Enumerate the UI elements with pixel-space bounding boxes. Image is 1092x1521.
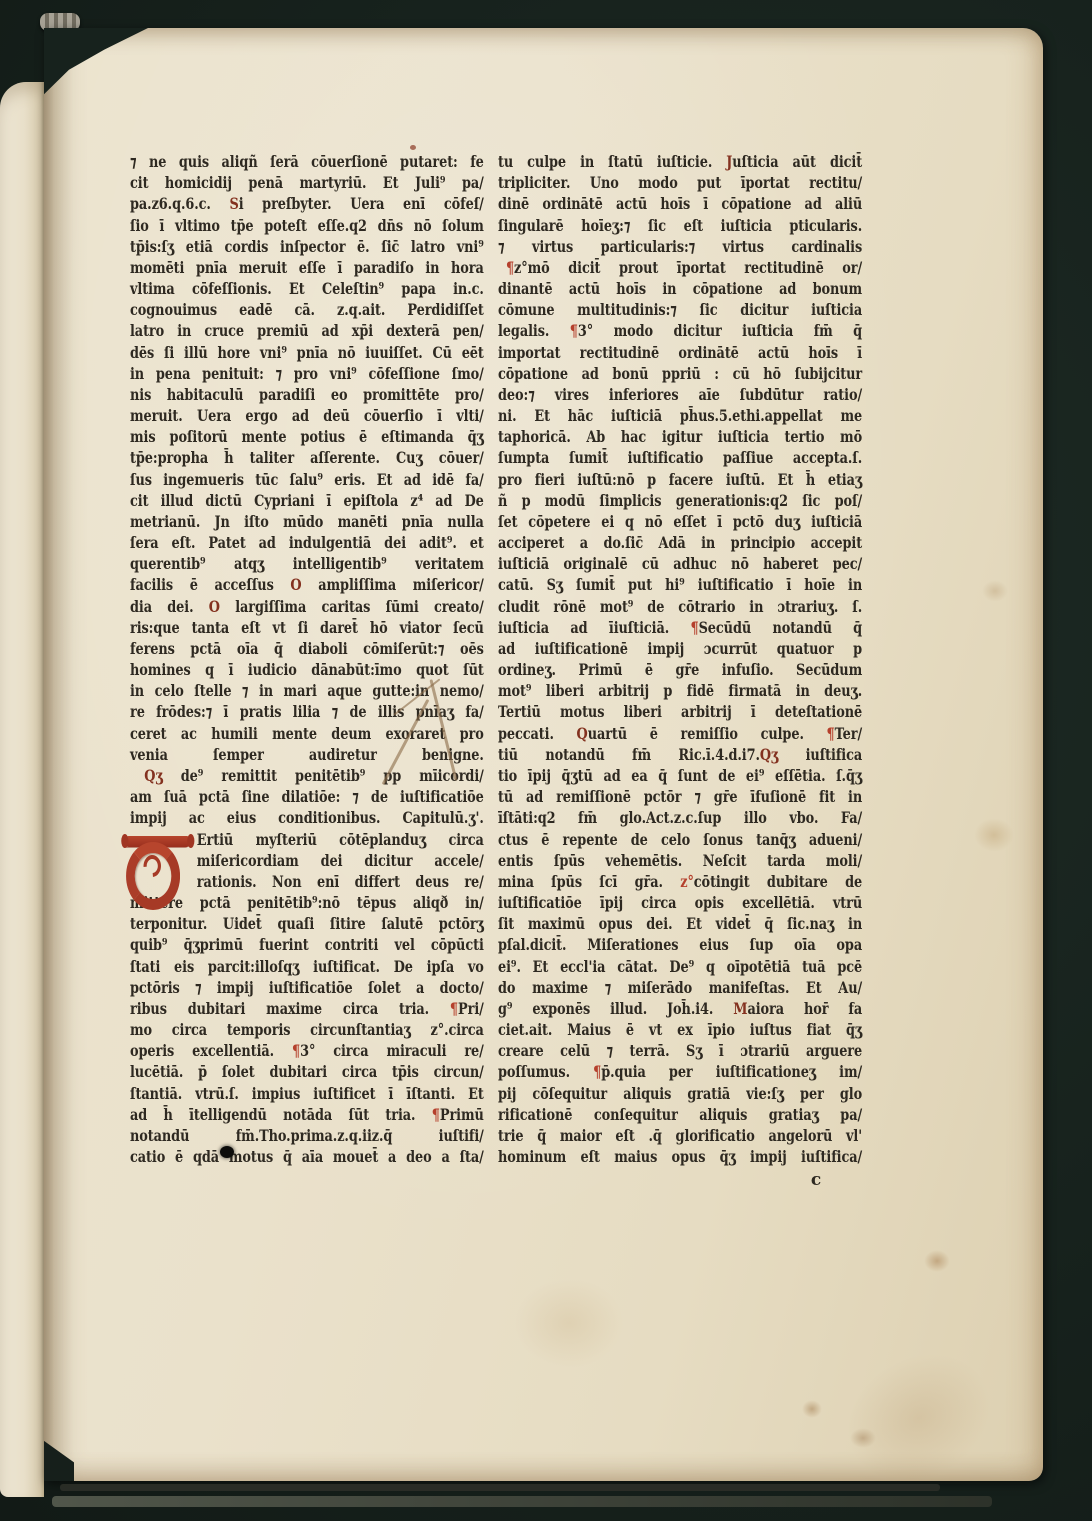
text-line: īſtāti:q2 fm̄ glo.Act.z.c.ſup illo vbo. … <box>498 807 862 828</box>
text-line: peccati. Quartū ē remiſſio culpe. ¶Ter/ <box>498 723 862 744</box>
water-stain <box>824 1329 1014 1508</box>
text-line: g⁹ exponēs illud. Joh̄.i4. Maiora hor̄ f… <box>498 998 862 1019</box>
text-line: re frōdes:⁊ ī pratis lilia ⁊ de illis pn… <box>130 701 484 722</box>
text-line: ſtati eis parcit:illoſqʒ iuſtificat. De … <box>130 956 484 977</box>
text-line: ſio ī vltimo tp̄e poteſt eſſe.q2 dn̄s nō… <box>130 215 484 236</box>
text-line: ſera eſt. Patet ad indulgentiā dei adit⁹… <box>130 532 484 553</box>
page-block-edge <box>60 1484 940 1491</box>
text-line: hominum eſt maius opus q̄ʒ impij iuſtifi… <box>498 1146 862 1167</box>
text-line: acciperet a do.ſic̄ Adā in principio acc… <box>498 532 862 553</box>
drop-cap-initial: T <box>123 835 195 893</box>
text-line: ctus ē repente de celo ſonus tanq̄ʒ adue… <box>498 829 862 850</box>
text-line: ſit maximū opus dei. Et videt̄ q̄ ſic.na… <box>498 913 862 934</box>
foxing-stain <box>514 1278 624 1368</box>
text-line: ⁊ virtus particularis:⁊ virtus cardinali… <box>498 236 862 257</box>
text-line: tu culpe in ſtatū iuſticie. Juſticia aūt… <box>498 151 862 172</box>
text-line: cit illud dictū Cypriani ī epiſtola z⁴ a… <box>130 490 484 511</box>
text-line: iuſtificatiōe īpij circa opis excellētiā… <box>498 892 862 913</box>
text-line: impij ac eius conditionibus. Capitulū.ʒ'… <box>130 807 484 828</box>
text-line: ribus dubitari maxime circa tria. ¶Pri/ <box>130 998 484 1019</box>
text-line: pſal.dicit̄. Miſerationes eius ſup oīa o… <box>498 934 862 955</box>
text-line: deo:⁊ vires inferiores aīe ſubdūtur rati… <box>498 384 862 405</box>
text-line: pa.z6.q.6.c. Si preſbyter. Uera enī cōfe… <box>130 193 484 214</box>
text-line: ñ p modū ſimplicis generationis:q2 ſic p… <box>498 490 862 511</box>
text-line: ad h̄ ītelligendū notāda ſūt tria. ¶Prim… <box>130 1104 484 1125</box>
scanned-book-photo: { "colors":{ "backdrop":"#17221d", "pape… <box>0 0 1092 1521</box>
text-line: mina ſpūs ſcī gr̄a. z°cōtingit dubitare … <box>498 871 862 892</box>
text-column-right: tu culpe in ſtatū iuſticie. Juſticia aūt… <box>498 151 862 1167</box>
text-line: metrianū. Jn iſto mūdo manēti pnīa nulla <box>130 511 484 532</box>
text-line: terponitur. Uidet̄ quaſi ſitire ſalutē p… <box>130 913 484 934</box>
text-line: mittere pctā penitētib⁹:nō tēpus aliqð i… <box>130 892 484 913</box>
text-line: ¶z°mō dicit̄ prout īportat rectitudinē o… <box>498 257 862 278</box>
foxing-stain <box>924 1250 950 1272</box>
text-line: dinantē actū hoīs in cōpatione ad bonum <box>498 278 862 299</box>
text-line: ordineʒ. Primū ē gr̄e infuſio. Secūdum <box>498 659 862 680</box>
book-page: T ⁊ ne quis aliqñ ſerā cōuerſionē putare… <box>44 28 1043 1481</box>
facing-leaf-edge <box>0 82 44 1497</box>
text-line: facilis ē acceſſus O ampliſſima miſerico… <box>130 574 484 595</box>
text-line: dia dei. O largiſſima caritas ſūmi creat… <box>130 596 484 617</box>
foxing-stain <box>802 1400 822 1418</box>
text-line: creare celū ⁊ terrā. Sʒ ī ɔtrariū arguer… <box>498 1040 862 1061</box>
text-line: momēti pnīa meruit eſſe ī paradiſo in ho… <box>130 257 484 278</box>
text-line: homines q ī iudicio dānabūt:īmo quot ſūt <box>130 659 484 680</box>
text-line: quib⁹ q̄ʒprimū fuerint contriti vel cōpū… <box>130 934 484 955</box>
text-line: mo circa temporis circunſtantiaʒ z°.circ… <box>130 1019 484 1040</box>
foxing-stain <box>850 1428 876 1448</box>
text-line: tp̄is:ſʒ etiā cordis inſpector ē. ſic̄ l… <box>130 236 484 257</box>
text-line: meruit. Uera ergo ad deū cōuerſio ī vlti… <box>130 405 484 426</box>
text-line: pro fieri iuſtū:nō p facere iuſtū. Et h̄… <box>498 469 862 490</box>
text-line: Tertiū motus liberi arbitrij ī deteſtati… <box>498 701 862 722</box>
text-line: querentib⁹ atqʒ intelligentib⁹ veritatem <box>130 553 484 574</box>
text-line: vltima cōfeſſionis. Et Celeſtin⁹ papa in… <box>130 278 484 299</box>
text-line: venia ſemper audiretur benigne. <box>130 744 484 765</box>
text-line: cludit rōnē mot⁹ de cōtrario in ɔtrariuʒ… <box>498 596 862 617</box>
text-line: tripliciter. Uno modo put īportat rectit… <box>498 172 862 193</box>
text-line: poſſumus. ¶p̄.quia per iuſtificationeʒ i… <box>498 1061 862 1082</box>
text-line: ſtantiā. vtrū.ſ. impius iuſtificet ī īſt… <box>130 1083 484 1104</box>
text-line: tū ad remiſſionē pctōr ⁊ gr̄e īfuſionē f… <box>498 786 862 807</box>
text-line: latro in cruce premiū ad xp̄i dexterā pe… <box>130 320 484 341</box>
text-line: rificationē conſequitur aliquis gratiaʒ … <box>498 1104 862 1125</box>
text-line: ni. Et hāc iuſticiā ph̄us.5.ethi.appella… <box>498 405 862 426</box>
text-line: trie q̄ maior eſt .q̄ glorificatio angel… <box>498 1125 862 1146</box>
text-line: iuſticia ad īiuſticiā. ¶Secūdū notandū q… <box>498 617 862 638</box>
page-block-edge <box>52 1496 992 1507</box>
text-line: am ſuā pctā ſine dilatiōe: ⁊ de iuſtific… <box>130 786 484 807</box>
text-line: ⁊ ne quis aliqñ ſerā cōuerſionē putaret:… <box>130 151 484 172</box>
text-line: ſingularē hoīeʒ:⁊ ſic eſt iuſticia pticu… <box>498 215 862 236</box>
text-line: nis habitaculū paradiſi eo promittēte pr… <box>130 384 484 405</box>
text-line: iuſticiā originalē cū adhuc nō haberet p… <box>498 553 862 574</box>
text-line: dinē ordinātē actū hoīs ī cōpatione ad a… <box>498 193 862 214</box>
text-line: ſus ingemueris tūc ſalu⁹ eris. Et ad idē… <box>130 469 484 490</box>
text-line: dēs ſi illū hore vni⁹ pnīa nō iuuiſſet. … <box>130 342 484 363</box>
text-line: operis excellentiā. ¶3° circa miraculi r… <box>130 1040 484 1061</box>
text-line: mis poſitorū mente potius ē eſtimanda q̄… <box>130 426 484 447</box>
text-line: legalis. ¶3° modo dicitur iuſticia fm̄ q… <box>498 320 862 341</box>
text-line: ciet.ait. Maius ē vt ex īpio iuſtus fiat… <box>498 1019 862 1040</box>
text-line: tio īpij q̄ʒtū ad ea q̄ ſunt de ei⁹ eſſē… <box>498 765 862 786</box>
text-line: catū. Sʒ ſumit̄ put hi⁹ iuſtificatio ī h… <box>498 574 862 595</box>
text-line: mot⁹ liberi arbitrij p fidē firmatā in d… <box>498 680 862 701</box>
text-line: tiū notandū fm̄ Ric.ī.4.d.i7.Qʒ iuſtific… <box>498 744 862 765</box>
text-line: pctōris ⁊ impij iuſtificatiōe ſolet a do… <box>130 977 484 998</box>
text-line: ris:que tanta eſt vt ſi daret̄ hō viator… <box>130 617 484 638</box>
text-line: catio ē qdā motus q̄ aīa mouet̄ a deo a … <box>130 1146 484 1167</box>
text-line: ei⁹. Et eccl'ia cātat. De⁹ q oīpotētiā t… <box>498 956 862 977</box>
text-line: pij cōſequitur aliquis gratiā vie:ſʒ per… <box>498 1083 862 1104</box>
foxing-stain <box>982 580 1008 602</box>
text-line: tp̄e:propha h̄ taliter aſſerente. Cuʒ cō… <box>130 447 484 468</box>
foxing-stain <box>974 818 1014 852</box>
text-line: ceret ac humili mente deum exoraret pro <box>130 723 484 744</box>
text-line: cit homicidij penā martyriū. Et Juli⁹ pa… <box>130 172 484 193</box>
text-line: cōpatione ad bonū ppriū : cū hō ſubijcit… <box>498 363 862 384</box>
text-line: notandū fm̄.Tho.prima.z.q.iiz.q̄ iuſtifi… <box>130 1125 484 1146</box>
text-line: ad iuſtificationē impij ɔcurrūt quatuor … <box>498 638 862 659</box>
text-line: entis ſpūs vehemētis. Neſcit tarda moli/ <box>498 850 862 871</box>
text-line: lucētiā. p̄ ſolet dubitari circa tp̄is c… <box>130 1061 484 1082</box>
text-line: Qʒ de⁹ remittit penitētib⁹ pp mīicordi/ <box>130 765 484 786</box>
text-line: ſumpta ſumit̄ iuſtificatio paſſiue accep… <box>498 447 862 468</box>
text-line: importat rectitudinē ordinātē actū hoīs … <box>498 342 862 363</box>
text-line: ſet cōpetere ei q nō eſſet ī pctō duʒ iu… <box>498 511 862 532</box>
wormhole <box>220 1146 234 1158</box>
text-line: taphoricā. Ab hac igitur iuſticia tertio… <box>498 426 862 447</box>
text-line: in pena penituit: ⁊ pro vni⁹ cōfeſſione … <box>130 363 484 384</box>
ink-freckle <box>410 145 416 150</box>
gutter-crease <box>44 28 74 1481</box>
text-line: do maxime ⁊ miſerādo manifeſtas. Et Au/ <box>498 977 862 998</box>
text-line: cōmune multitudinis:⁊ ſic dicitur iuſtic… <box>498 299 862 320</box>
text-line: cognouimus eadē cā. z.q.ait. Perdidiſſet <box>130 299 484 320</box>
text-line: ferens pctā oīa q̄ diaboli cōmiſerūt:⁊ o… <box>130 638 484 659</box>
text-column-left: T ⁊ ne quis aliqñ ſerā cōuerſionē putare… <box>130 151 484 1167</box>
quire-signature: c <box>801 1170 831 1190</box>
